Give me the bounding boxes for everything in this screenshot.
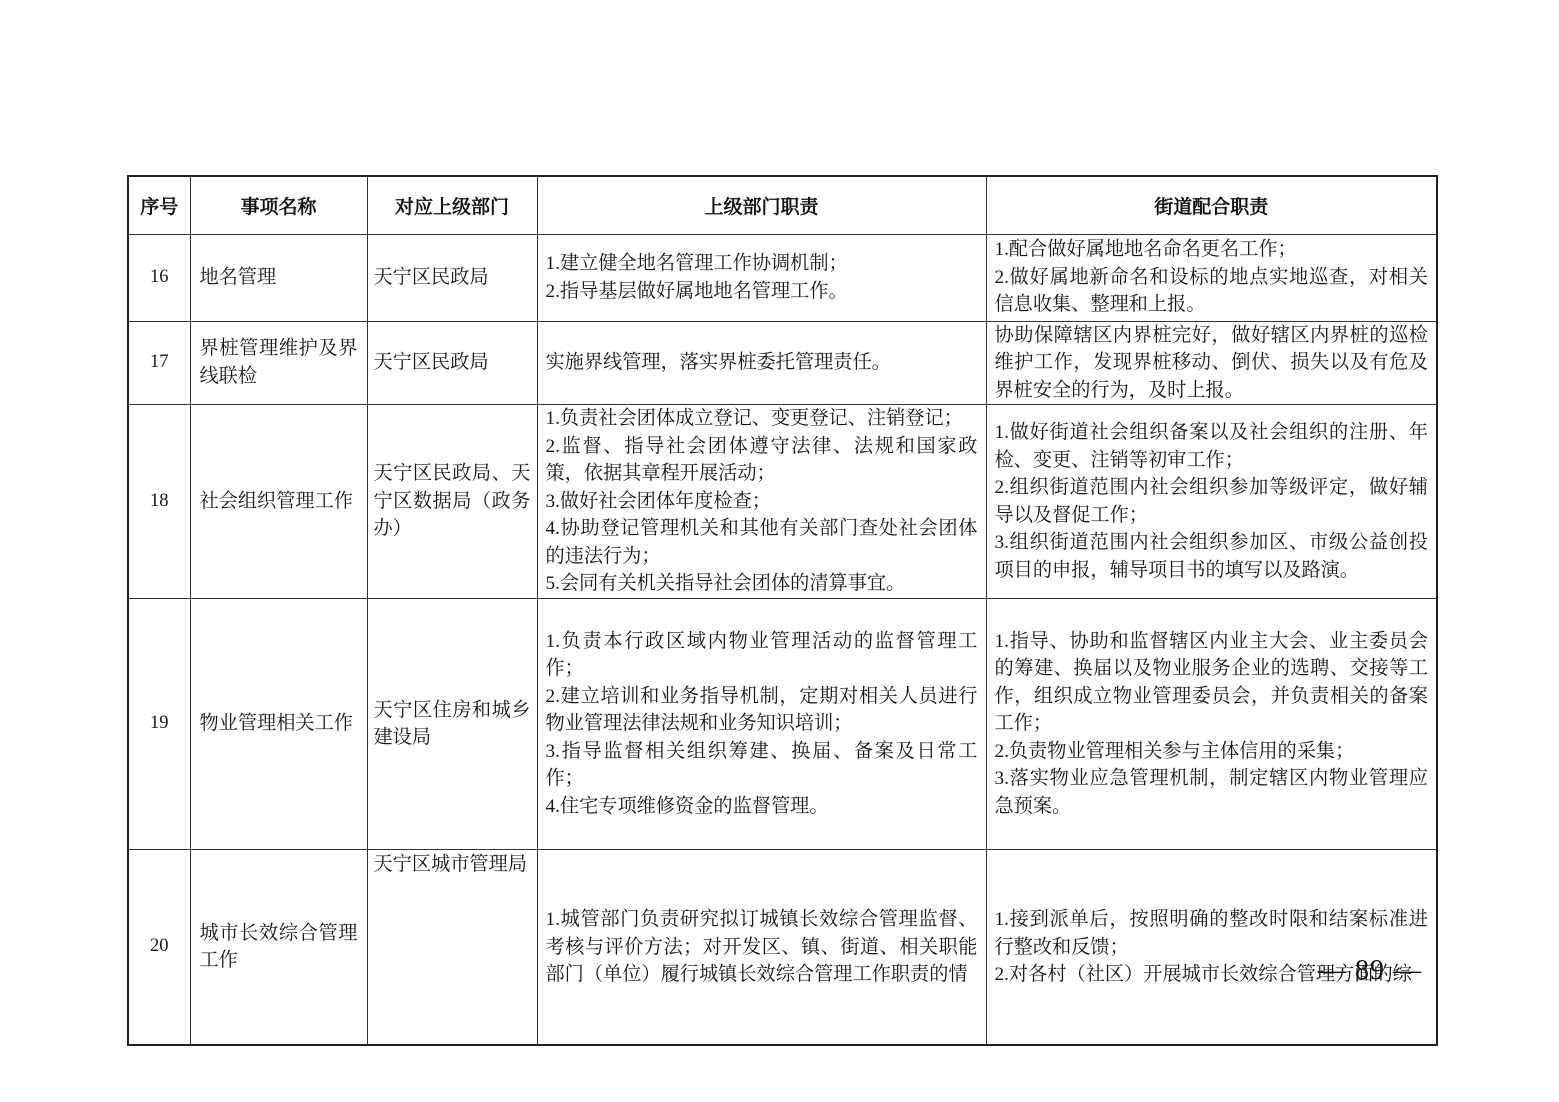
superior-duty-cell: 1.负责本行政区域内物业管理活动的监督管理工作； 2.建立培训和业务指导机制，定… — [537, 599, 986, 850]
street-duty-cell: 1.指导、协助和监督辖区内业主大会、业主委员会的筹建、换届以及物业服务企业的选聘… — [986, 599, 1437, 850]
serial-cell: 16 — [128, 234, 190, 321]
table-header-row: 序号 事项名称 对应上级部门 上级部门职责 街道配合职责 — [128, 176, 1437, 234]
dept-cell: 天宁区民政局、天宁区数据局（政务办） — [367, 405, 537, 599]
street-duty-cell: 协助保障辖区内界桩完好，做好辖区内界桩的巡检维护工作，发现界桩移动、倒伏、损失以… — [986, 321, 1437, 405]
header-dept: 对应上级部门 — [367, 176, 537, 234]
table-row: 17 界桩管理维护及界线联检 天宁区民政局 实施界线管理，落实界桩委托管理责任。… — [128, 321, 1437, 405]
street-duty-cell: 1.做好街道社会组织备案以及社会组织的注册、年检、变更、注销等初审工作； 2.组… — [986, 405, 1437, 599]
dept-cell-text: 天宁区城市管理局 — [374, 851, 531, 934]
header-superior-duties: 上级部门职责 — [537, 176, 986, 234]
serial-cell: 18 — [128, 405, 190, 599]
item-name-cell: 地名管理 — [190, 234, 367, 321]
item-name-cell: 城市长效综合管理工作 — [190, 850, 367, 1046]
superior-duty-cell: 1.城管部门负责研究拟订城镇长效综合管理监督、考核与评价方法；对开发区、镇、街道… — [537, 850, 986, 1046]
serial-cell: 17 — [128, 321, 190, 405]
table-row: 20 城市长效综合管理工作 天宁区城市管理局 1.城管部门负责研究拟订城镇长效综… — [128, 850, 1437, 1046]
superior-duty-text: 1.城管部门负责研究拟订城镇长效综合管理监督、考核与评价方法；对开发区、镇、街道… — [546, 906, 978, 989]
superior-duty-cell: 1.负责社会团体成立登记、变更登记、注销登记； 2.监督、指导社会团体遵守法律、… — [537, 405, 986, 599]
item-name-cell: 社会组织管理工作 — [190, 405, 367, 599]
serial-cell: 19 — [128, 599, 190, 850]
item-name-cell: 界桩管理维护及界线联检 — [190, 321, 367, 405]
superior-duty-cell: 1.建立健全地名管理工作协调机制； 2.指导基层做好属地地名管理工作。 — [537, 234, 986, 321]
table-row: 19 物业管理相关工作 天宁区住房和城乡建设局 1.负责本行政区域内物业管理活动… — [128, 599, 1437, 850]
dept-cell: 天宁区住房和城乡建设局 — [367, 599, 537, 850]
street-duty-cell: 1.配合做好属地地名命名更名工作； 2.做好属地新命名和设标的地点实地巡查，对相… — [986, 234, 1437, 321]
header-serial: 序号 — [128, 176, 190, 234]
dept-cell: 天宁区民政局 — [367, 234, 537, 321]
page-number: — 89 — — [1290, 955, 1450, 987]
item-name-cell: 物业管理相关工作 — [190, 599, 367, 850]
header-item-name: 事项名称 — [190, 176, 367, 234]
serial-cell: 20 — [128, 850, 190, 1046]
dept-cell: 天宁区民政局 — [367, 321, 537, 405]
superior-duty-cell: 实施界线管理，落实界桩委托管理责任。 — [537, 321, 986, 405]
header-street-duties: 街道配合职责 — [986, 176, 1437, 234]
duties-table: 序号 事项名称 对应上级部门 上级部门职责 街道配合职责 16 地名管理 天宁区… — [127, 175, 1438, 1046]
table-row: 16 地名管理 天宁区民政局 1.建立健全地名管理工作协调机制； 2.指导基层做… — [128, 234, 1437, 321]
table-row: 18 社会组织管理工作 天宁区民政局、天宁区数据局（政务办） 1.负责社会团体成… — [128, 405, 1437, 599]
dept-cell: 天宁区城市管理局 — [367, 850, 537, 1046]
document-page: 序号 事项名称 对应上级部门 上级部门职责 街道配合职责 16 地名管理 天宁区… — [0, 0, 1559, 1102]
street-duty-cell: 1.接到派单后，按照明确的整改时限和结案标准进行整改和反馈； 2.对各村（社区）… — [986, 850, 1437, 1046]
